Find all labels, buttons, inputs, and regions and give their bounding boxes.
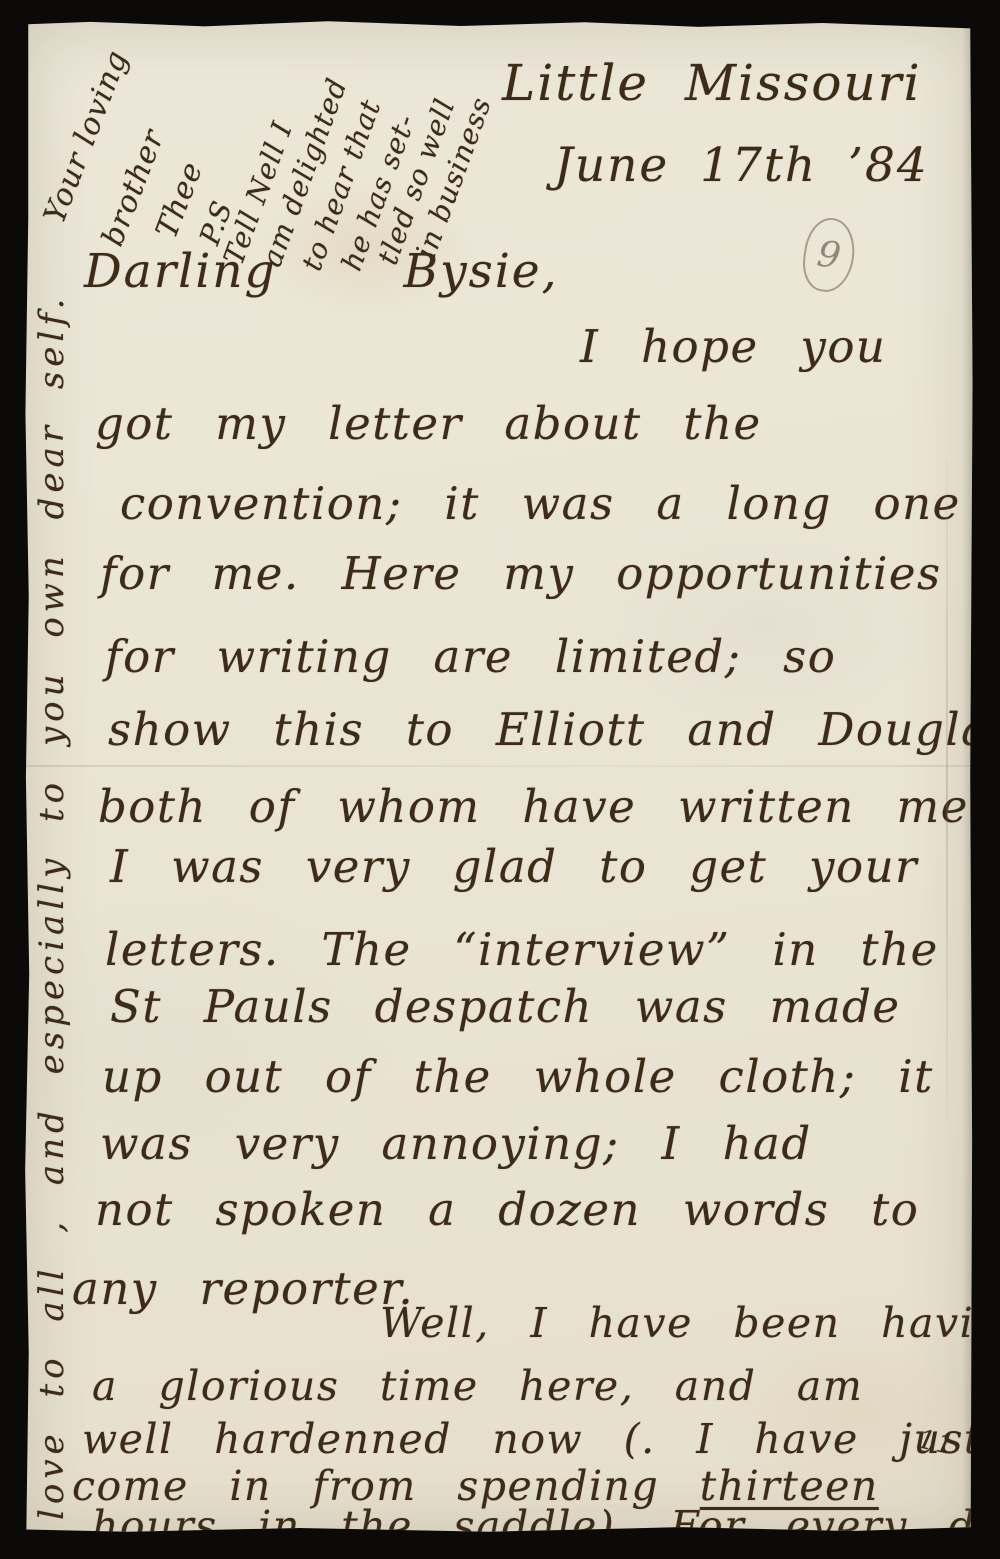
letter-line: any reporter. [72,1262,414,1315]
letter-paper: love to all , and especially to you own … [24,20,974,1534]
letter-line: for me. Here my opportunities [100,547,942,600]
letter-line: up out of the whole cloth; it [102,1050,934,1103]
letter-line: well hardenned now (. I have just [82,1415,982,1463]
letter-line: I hope you [580,320,886,373]
letter-line: for writing are limited; so [105,630,836,683]
letter-line: show this to Elliott and Douglass, [108,703,1000,756]
right-edge-shadow [962,20,974,1534]
letter-line: Well, I have been having [380,1299,1000,1347]
letter-line: hours in the saddle). For every day [92,1502,1000,1550]
letter-line: letters. The “interview” in the [105,923,939,976]
letter-line: St Pauls despatch was made [110,980,901,1033]
letter-line: got my letter about the [95,397,762,450]
letter-line: not spoken a dozen words to [95,1183,919,1236]
letter-line: a glorious time here, and am [92,1362,863,1410]
letter-body: I hope you got my letter about the conve… [24,20,974,1534]
letter-line: both of whom have written me. [98,780,985,833]
horizontal-fold-crease [24,765,974,767]
vertical-fold-crease [946,460,948,1120]
letter-line: convention; it was a long one [120,477,961,530]
letter-line: was very annoying; I had [100,1117,812,1170]
scanned-letter-image: love to all , and especially to you own … [0,0,1000,1559]
letter-line: I was very glad to get your [110,840,918,893]
